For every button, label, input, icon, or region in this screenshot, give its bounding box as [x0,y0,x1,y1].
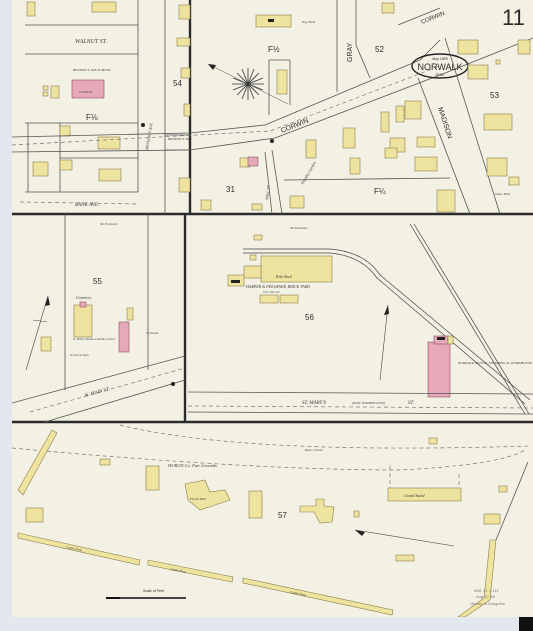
scan-margin-bottom [0,617,533,631]
church-note: no heat no lights [70,354,89,357]
lot-line [284,178,450,180]
building[interactable] [381,112,389,132]
building[interactable] [177,38,190,46]
building[interactable] [98,137,120,149]
cattle-pens-label-1: Cattle Pens [66,545,83,552]
building[interactable] [254,235,262,240]
building[interactable] [146,466,159,490]
hydrant-icon [171,382,175,386]
street-label-st-marys-note: (NOW WASHINGTON) [352,401,386,405]
block-number-56: 56 [305,313,314,322]
street-label-walnut: WALNUT ST. [75,39,107,45]
scan-margin-left [0,0,12,631]
building[interactable] [518,40,530,54]
hydrant-icon [270,139,274,143]
street-label-gray: GRAY [347,42,354,62]
building[interactable] [484,114,512,130]
building[interactable] [99,169,121,181]
fire-district-54: F⅛ [86,113,98,122]
building[interactable] [277,70,287,94]
street-edge [45,380,185,422]
building[interactable] [429,438,437,444]
floral-hall[interactable] [185,480,230,510]
street-label-benedict-short: BENEDICT AVE [168,137,193,141]
building[interactable] [396,106,404,122]
street-edge [265,152,272,214]
north-arrow-icon [380,305,389,380]
church-label: St. Peter's Roman Catholic Church [73,337,116,341]
scale-bar: Scale of Feet. [106,589,186,599]
eng-yard-label: Eng Yard [301,20,315,24]
fair-grounds-label: HURON Co. Fair Grounds [167,463,217,468]
street-centerline [12,66,440,145]
map-sheet: WALNUT ST. BENEDICT AVE SCHOOL SCHOOL F⅛… [12,0,533,617]
street-edge [356,45,370,78]
block-number-52: 52 [375,45,384,54]
stamp-date: May 1899 [432,57,447,61]
hydrant-icon [141,123,145,127]
building[interactable] [306,140,316,158]
block-number-31: 31 [226,185,235,194]
scale-label: Scale of Feet. [143,589,165,593]
boiler-icon [437,337,445,340]
fire-district-31: F¼ [374,187,386,196]
fence-line [496,462,528,540]
building[interactable] [396,555,414,561]
city-stamp: May 1899 NORWALK OHIO [412,54,468,78]
building[interactable] [487,158,507,176]
building[interactable] [496,60,500,64]
stamp-state: OHIO [436,73,445,77]
library-stamp: WM. Cl. 1.111 Aug 12 '55 Library of Cong… [470,588,505,606]
brick-yard-label: HARPER & FEIGHNER, BRICK YARD [245,284,310,290]
no-entrance-label: No Entrance [99,222,118,226]
street-label-corwin-top: CORWIN [421,11,446,26]
cattle-pens[interactable] [243,578,393,615]
church-building[interactable] [74,305,92,337]
cemetery-label: Cemetery [76,295,92,300]
building[interactable] [280,295,298,303]
street-edge [188,392,533,394]
building[interactable] [43,92,48,96]
fire-district-52: F½ [268,45,280,54]
block-number-55: 55 [93,277,102,286]
building[interactable] [290,196,304,208]
building[interactable] [100,459,110,465]
building[interactable] [468,65,488,79]
street-edge [12,356,185,403]
building[interactable] [249,491,262,518]
building[interactable] [33,162,48,176]
street-label-w-main: W. MAIN ST. [84,387,111,399]
building[interactable] [60,160,72,170]
race-course-outer [120,425,530,448]
stamp-line-1: WM. Cl. 1.111 [474,588,500,593]
building[interactable] [184,104,190,116]
stamp-line-2: Aug 12 '55 [476,594,496,599]
building[interactable] [181,68,190,78]
scan-corner [519,617,533,631]
north-arrow-icon [26,296,50,370]
building[interactable] [127,308,133,320]
building[interactable] [250,255,256,260]
building[interactable] [415,157,437,171]
building[interactable] [41,337,51,351]
building[interactable] [26,508,43,522]
kiln-shed[interactable] [261,256,332,282]
brick-building[interactable] [119,322,129,352]
building[interactable] [382,3,394,13]
sanborn-map[interactable]: WALNUT ST. BENEDICT AVE SCHOOL SCHOOL F⅛… [12,0,533,617]
stamp-line-3: Library of Congress [470,601,505,606]
building[interactable] [405,101,421,119]
building[interactable] [43,86,48,90]
building[interactable] [244,266,261,278]
street-label-st-marys: ST. MARY'S [302,401,326,406]
building[interactable] [417,137,435,147]
church-tower[interactable] [80,302,86,307]
school-label: SCHOOL [79,90,93,94]
race-course-inner [12,448,525,470]
race-course-label: Race Course [304,448,323,452]
building[interactable] [51,86,59,98]
building[interactable] [385,148,397,158]
building[interactable] [499,486,507,492]
mill-building[interactable] [428,342,450,397]
stamp-city: NORWALK [417,62,462,72]
building[interactable] [509,177,519,185]
brick-yard-note: Fuel: Oil Coal [262,291,280,294]
brick-building[interactable] [248,157,258,166]
railroad-track [410,224,525,414]
block-number-53: 53 [490,91,499,100]
block-number-54: 54 [173,79,182,88]
stone-yard-label: Stone Yard [495,192,510,196]
building[interactable] [60,126,70,136]
orchard-label: Orchard [146,331,158,335]
building[interactable] [458,40,478,54]
building[interactable] [179,178,190,192]
building[interactable] [448,336,453,344]
school-title: BENEDICT AVE SCHOOL [73,68,111,72]
building[interactable] [27,2,35,16]
timothy-garden-label: Timothy Garden [300,161,317,186]
no-entrance-label-56: No Entrance [289,226,308,230]
building[interactable] [201,200,211,210]
building[interactable] [484,514,500,524]
building[interactable] [260,295,278,303]
floral-hall-label: Floral Hall [189,497,206,501]
building[interactable] [354,511,359,517]
school-building[interactable] [72,80,104,98]
boiler-icon [231,280,240,283]
compass-rose-icon [208,64,288,104]
cattle-pens[interactable] [148,560,233,582]
street-label-benedict: BENEDICT AVE [144,122,154,150]
building[interactable] [350,158,360,174]
building[interactable] [179,5,190,19]
kiln-shed-label: Kiln Shed [275,274,293,279]
block-number-57: 57 [278,511,287,520]
cattle-pen[interactable] [18,430,57,495]
building[interactable] [343,128,355,148]
sheet-number: 11 [502,5,525,30]
street-label-bank: BANK AVE. [75,203,99,208]
street-label-madison: MADISON [436,106,453,139]
boiler-icon [268,19,274,22]
street-centerline [188,406,533,408]
grand-stand-label: Grand Stand [404,493,426,498]
building[interactable] [252,204,262,210]
building[interactable] [92,2,116,12]
street-edge [272,150,282,214]
north-arrow-icon [355,530,454,546]
building[interactable] [437,190,455,212]
mill-label: NORWALK MOTOR, STEAMING & STOREHOUSE CO. [457,361,533,366]
street-edge [188,412,533,414]
building[interactable] [300,499,334,523]
street-label-st-suffix: ST. [408,401,415,406]
